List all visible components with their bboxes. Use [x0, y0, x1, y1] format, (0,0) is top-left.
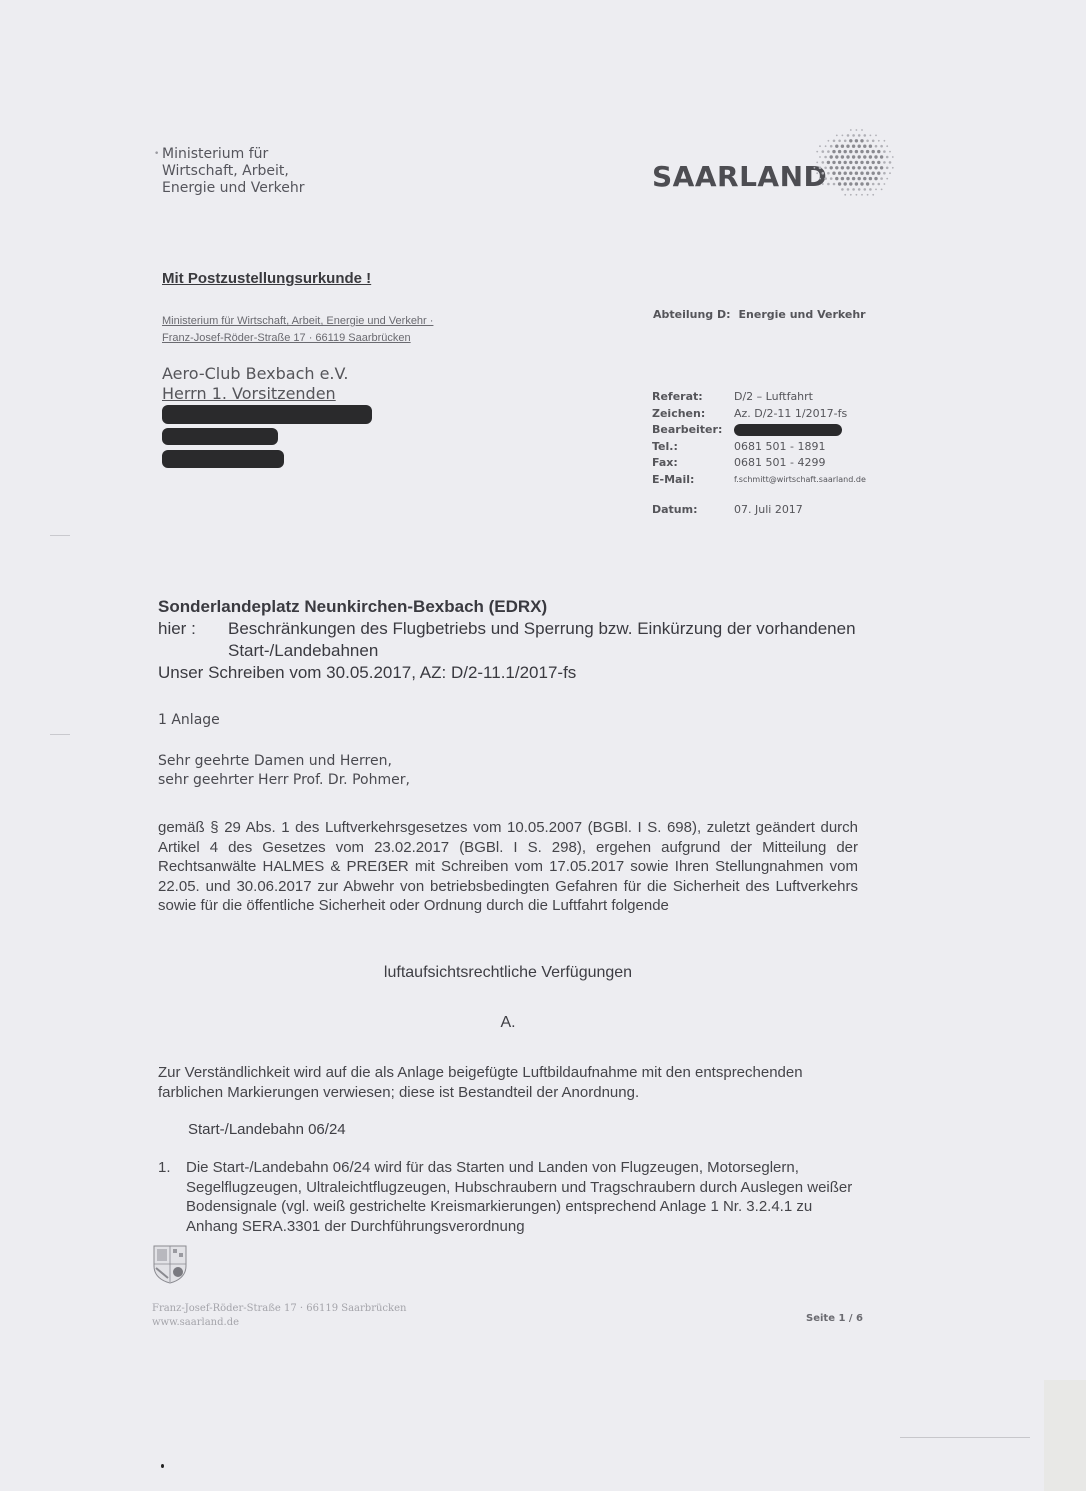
delivery-note: Mit Postzustellungsurkunde !: [162, 270, 371, 287]
scan-line: [900, 1437, 1030, 1438]
department-value: Energie und Verkehr: [739, 308, 866, 321]
bullet-mark: •: [154, 146, 159, 163]
ministry-line-3: Energie und Verkehr: [162, 180, 304, 197]
sender-address-line: Ministerium für Wirtschaft, Arbeit, Ener…: [162, 313, 433, 347]
recipient-line-2: Herrn 1. Vorsitzenden: [162, 384, 348, 404]
list-item-number: 1.: [158, 1158, 186, 1236]
info-row-email: E-Mail:f.schmitt@wirtschaft.saarland.de: [652, 472, 866, 489]
recipient-address: Aero-Club Bexbach e.V. Herrn 1. Vorsitze…: [162, 364, 348, 404]
runway-heading: Start-/Landebahn 06/24: [188, 1121, 346, 1138]
list-item-text: Die Start-/Landebahn 06/24 wird für das …: [186, 1158, 858, 1236]
fold-mark: [50, 734, 70, 735]
info-row-bearbeiter: Bearbeiter:: [652, 422, 866, 439]
saarland-coat-of-arms-icon: [152, 1244, 188, 1284]
salutation-line-1: Sehr geehrte Damen und Herren,: [158, 752, 410, 771]
footer-street: Franz-Josef-Röder-Straße 17 · 66119 Saar…: [152, 1302, 406, 1316]
ministry-line-2: Wirtschaft, Arbeit,: [162, 163, 304, 180]
regarding-text: Beschränkungen des Flugbetriebs und Sper…: [228, 618, 868, 662]
department-label: Abteilung D:: [653, 308, 731, 321]
redaction-bar: [162, 405, 372, 424]
info-row-zeichen: Zeichen:Az. D/2-11 1/2017-fs: [652, 406, 866, 423]
scan-speck: [161, 1464, 164, 1468]
recipient-line-1: Aero-Club Bexbach e.V.: [162, 364, 348, 384]
section-letter: A.: [158, 1014, 858, 1032]
regarding-label: hier :: [158, 618, 228, 662]
sender-line-2: Franz-Josef-Röder-Straße 17 · 66119 Saar…: [162, 330, 433, 347]
info-row-fax: Fax:0681 501 - 4299: [652, 455, 866, 472]
subject-regarding: hier : Beschränkungen des Flugbetriebs u…: [158, 618, 868, 662]
redaction-bar: [162, 450, 284, 468]
page-number: Seite 1 / 6: [806, 1313, 863, 1324]
subject-reference: Unser Schreiben vom 30.05.2017, AZ: D/2-…: [158, 662, 868, 684]
info-row-referat: Referat:D/2 – Luftfahrt: [652, 389, 866, 406]
section-heading: luftaufsichtsrechtliche Verfügungen: [158, 964, 858, 982]
attachments-note: 1 Anlage: [158, 712, 220, 728]
ministry-name: • Ministerium für Wirtschaft, Arbeit, En…: [162, 146, 304, 197]
footer-address: Franz-Josef-Röder-Straße 17 · 66119 Saar…: [152, 1302, 406, 1330]
salutation-line-2: sehr geehrter Herr Prof. Dr. Pohmer,: [158, 771, 410, 790]
reference-info-block: Referat:D/2 – Luftfahrt Zeichen:Az. D/2-…: [652, 389, 866, 519]
letter-page: • Ministerium für Wirtschaft, Arbeit, En…: [0, 0, 1086, 1491]
subject-block: Sonderlandeplatz Neunkirchen-Bexbach (ED…: [158, 596, 868, 684]
ministry-line-1: Ministerium für: [162, 146, 304, 163]
explanation-paragraph: Zur Verständlichkeit wird auf die als An…: [158, 1063, 858, 1102]
sender-line-1: Ministerium für Wirtschaft, Arbeit, Ener…: [162, 313, 433, 330]
redaction-bar: [162, 428, 278, 445]
paper-edge: [1044, 1380, 1086, 1491]
saarland-dotted-map-icon: [800, 126, 900, 206]
list-item: 1. Die Start-/Landebahn 06/24 wird für d…: [158, 1158, 858, 1236]
info-row-tel: Tel.:0681 501 - 1891: [652, 439, 866, 456]
department: Abteilung D:Energie und Verkehr: [653, 308, 866, 321]
redaction-bar: [734, 424, 842, 436]
salutation: Sehr geehrte Damen und Herren, sehr geeh…: [158, 752, 410, 790]
fold-mark: [50, 535, 70, 536]
footer-website: www.saarland.de: [152, 1316, 406, 1330]
subject-title: Sonderlandeplatz Neunkirchen-Bexbach (ED…: [158, 596, 868, 618]
info-row-date: Datum:07. Juli 2017: [652, 488, 866, 519]
intro-paragraph: gemäß § 29 Abs. 1 des Luftverkehrsgesetz…: [158, 818, 858, 916]
